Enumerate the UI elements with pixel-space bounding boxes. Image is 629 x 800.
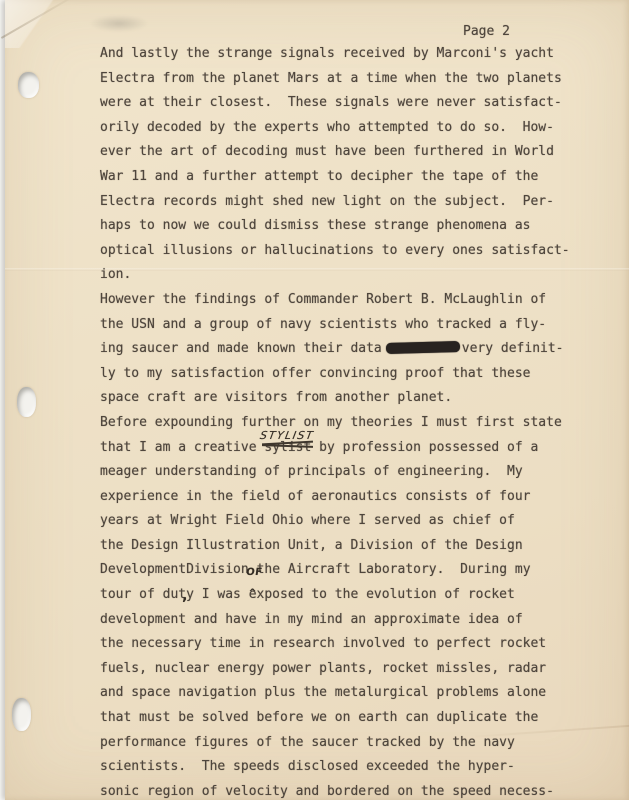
typed-text: by profession possessed of a: [311, 440, 538, 455]
typed-text: Development: [100, 562, 186, 577]
typed-line: optical illusions or hallucinations to e…: [100, 239, 600, 264]
handwritten-of: OF: [244, 561, 264, 586]
typed-line: And lastly the strange signals received …: [100, 42, 600, 67]
typed-line: ing saucer and made known their datavery…: [100, 337, 600, 362]
typed-lines: And lastly the strange signals received …: [100, 42, 600, 800]
typed-line: scientists. The speeds disclosed exceede…: [100, 755, 600, 780]
typed-line: Electra records might shed new light on …: [100, 190, 600, 215]
typed-line: However the findings of Commander Robert…: [100, 288, 600, 313]
typed-text: ing saucer and made known their data: [100, 341, 382, 356]
typed-text: the Aircraft Laboratory. During my: [257, 562, 531, 577]
typed-line: that I am a creative sylistSTYLIST by pr…: [100, 436, 600, 461]
typed-line: years at Wright Field Ohio where I serve…: [100, 509, 600, 534]
handwritten-comma: ,: [182, 584, 187, 609]
paper-sheet: Page 2 And lastly the strange signals re…: [5, 0, 629, 800]
handwritten-stylist: STYLIST: [258, 424, 316, 449]
punch-hole-bottom: [12, 698, 31, 731]
typed-line: ion.: [100, 263, 600, 288]
typed-line: that must be solved before we on earth c…: [100, 706, 600, 731]
typed-line: and space navigation plus the metalurgic…: [100, 681, 600, 706]
punch-hole-top: [18, 72, 39, 98]
typed-text: Division: [186, 562, 249, 577]
typed-text: that I am a creative: [100, 440, 264, 455]
typed-line: orily decoded by the experts who attempt…: [100, 116, 600, 141]
document-scan: Page 2 And lastly the strange signals re…: [0, 0, 629, 800]
typed-line: the USN and a group of navy scientists w…: [100, 313, 600, 338]
typed-line: sonic region of velocity and bordered on…: [100, 780, 600, 800]
typed-text: very definit-: [462, 341, 564, 356]
typed-line: development and have in my mind an appro…: [100, 608, 600, 633]
typed-line: ly to my satisfaction offer convincing p…: [100, 362, 600, 387]
typed-line: were at their closest. These signals wer…: [100, 91, 600, 116]
struck-word: sylistSTYLIST: [264, 436, 311, 461]
typed-line: Electra from the planet Mars at a time w…: [100, 67, 600, 92]
typed-line: the necessary time in research involved …: [100, 632, 600, 657]
typed-line: tour of duty I was exposed to the evolut…: [100, 583, 600, 608]
typed-line: meager understanding of principals of en…: [100, 460, 600, 485]
typed-line: haps to now we could dismiss these stran…: [100, 214, 600, 239]
punch-hole-middle: [17, 387, 36, 417]
corner-fold: [5, 0, 83, 48]
typed-line: experience in the field of aeronautics c…: [100, 485, 600, 510]
typed-line: ever the art of decoding must have been …: [100, 140, 600, 165]
redaction-mark: [386, 341, 460, 354]
typed-line: Before expounding further on my theories…: [100, 411, 600, 436]
typed-line: War 11 and a further attempt to decipher…: [100, 165, 600, 190]
typed-line: space craft are visitors from another pl…: [100, 386, 600, 411]
typed-line: the Design Illustration Unit, a Division…: [100, 534, 600, 559]
typed-line: fuels, nuclear energy power plants, rock…: [100, 657, 600, 682]
typed-line: Development,Division^OFthe Aircraft Labo…: [100, 558, 600, 583]
pencil-smudge: [89, 15, 149, 32]
typed-line: performance figures of the saucer tracke…: [100, 731, 600, 756]
page-number: Page 2: [463, 20, 510, 45]
